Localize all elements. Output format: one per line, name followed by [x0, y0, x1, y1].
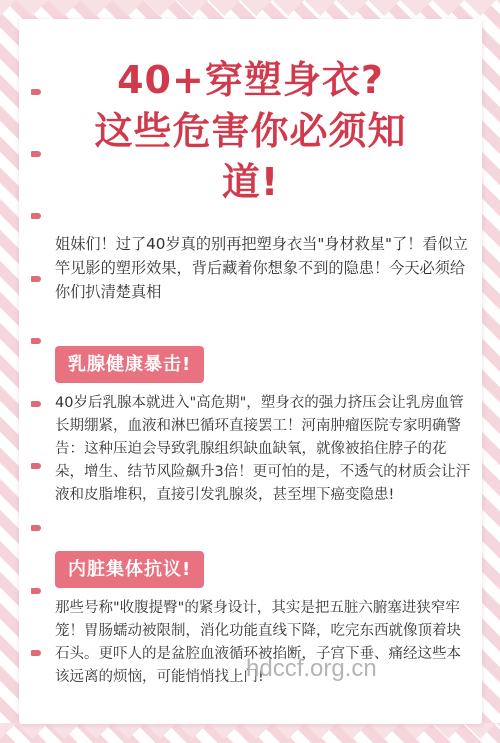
intro-paragraph: 姐妹们！过了40岁真的别再把塑身衣当"身材救星"了！看似立竿见影的塑形效果，背后… — [55, 232, 475, 304]
binder-hole-icon — [31, 463, 41, 469]
title-line-1: 40+穿塑身衣? — [19, 55, 482, 106]
section-heading-internal-organs: 内脏集体抗议! — [55, 551, 204, 588]
binder-hole-icon — [31, 276, 41, 282]
title-line-3: 道! — [19, 157, 482, 208]
binder-hole-icon — [31, 525, 41, 531]
article-title: 40+穿塑身衣? 这些危害你必须知 道! — [19, 55, 482, 208]
binder-hole-icon — [31, 213, 41, 219]
binder-hole-icon — [31, 338, 41, 344]
binder-hole-icon — [31, 401, 41, 407]
background-zigzag-top — [0, 0, 500, 20]
binder-hole-icon — [31, 588, 41, 594]
section-body-breast-health: 40岁后乳腺本就进入"高危期"，塑身衣的强力挤压会让乳房血管长期绷紧，血液和淋巴… — [55, 392, 475, 507]
section-heading-breast-health: 乳腺健康暴击! — [55, 346, 204, 383]
article-card: 40+穿塑身衣? 这些危害你必须知 道! 姐妹们！过了40岁真的别再把塑身衣当"… — [19, 19, 482, 724]
watermark: hdccf.org.cn — [246, 654, 377, 684]
binder-hole-icon — [31, 650, 41, 656]
background-zigzag-bottom — [0, 723, 500, 743]
title-line-2: 这些危害你必须知 — [19, 106, 482, 157]
